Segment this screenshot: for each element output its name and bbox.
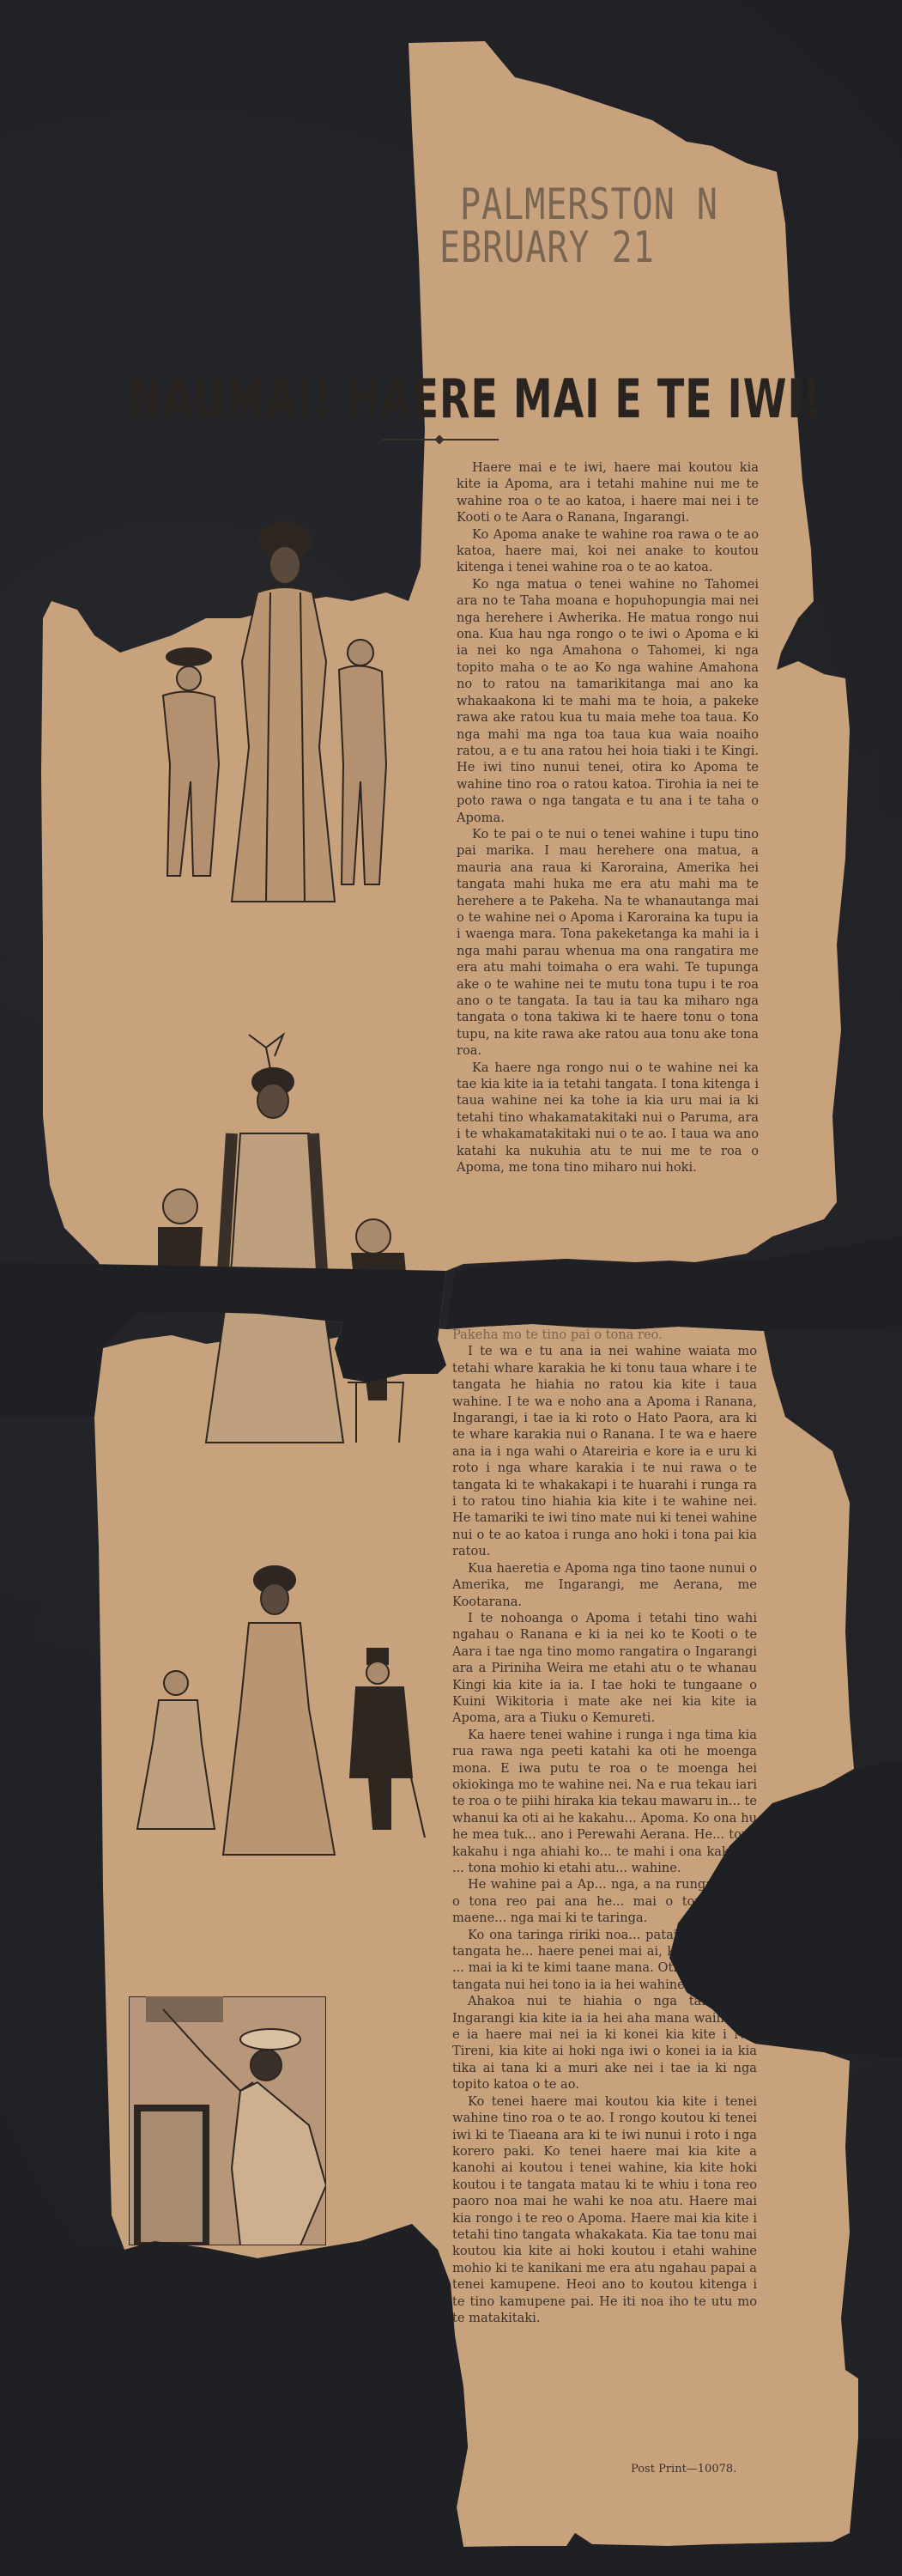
article-partial-line: Pakeha mo te tino pai o tona reo. — [452, 1327, 757, 1343]
article-paragraph: I te nohoanga o Apoma i tetahi tino wahi… — [452, 1610, 757, 1727]
article-paragraph: Ko tenei haere mai koutou kia kite i ten… — [452, 2093, 757, 2327]
article-paragraph: He wahine pai a Ap... nga, a na runga ho… — [452, 1876, 757, 1926]
postmark-stamp-line1: PALMERSTON N — [460, 180, 718, 230]
article-paragraph: Kua haeretia e Apoma nga tino taone nunu… — [452, 1560, 757, 1610]
article-paragraph: Ka haere tenei wahine i runga i nga tima… — [452, 1727, 757, 1877]
postmark-stamp-line2: EBRUARY 21 — [439, 223, 655, 273]
illustration-giantess-sailor-soldier — [129, 507, 438, 919]
article-column-lower: Pakeha mo te tino pai o tona reo. I te w… — [452, 1327, 757, 2326]
illustration-giantess-mistletoe — [129, 1022, 438, 1451]
article-paragraph: Ko ona taringa ririki noa... patainga at… — [452, 1927, 757, 1994]
article-paragraph: Haere mai e te iwi, haere mai koutou kia… — [457, 459, 759, 526]
illustration-giantess-lady-gentleman — [129, 1554, 438, 1863]
article-paragraph: Ahakoa nui te hiahia o nga tangata o Ing… — [452, 1993, 757, 2093]
article-paragraph: Ko te pai o te nui o tenei wahine i tupu… — [457, 826, 759, 1060]
printer-credit: Post Print—10078. — [631, 2463, 736, 2476]
article-paragraph: Ko nga matua o tenei wahine no Tahomei a… — [457, 576, 759, 826]
article-column-upper: Haere mai e te iwi, haere mai koutou kia… — [457, 459, 759, 1176]
article-paragraph: Ko Apoma anake te wahine roa rawa o te a… — [457, 526, 759, 576]
illustration-woman-at-window — [129, 1996, 326, 2245]
article-paragraph: Ka haere nga rongo nui o te wahine nei k… — [457, 1060, 759, 1176]
article-paragraph: I te wa e tu ana ia nei wahine waiata mo… — [452, 1343, 757, 1559]
headline: NAUMAI! HAERE MAI E TE IWI! — [129, 368, 822, 430]
